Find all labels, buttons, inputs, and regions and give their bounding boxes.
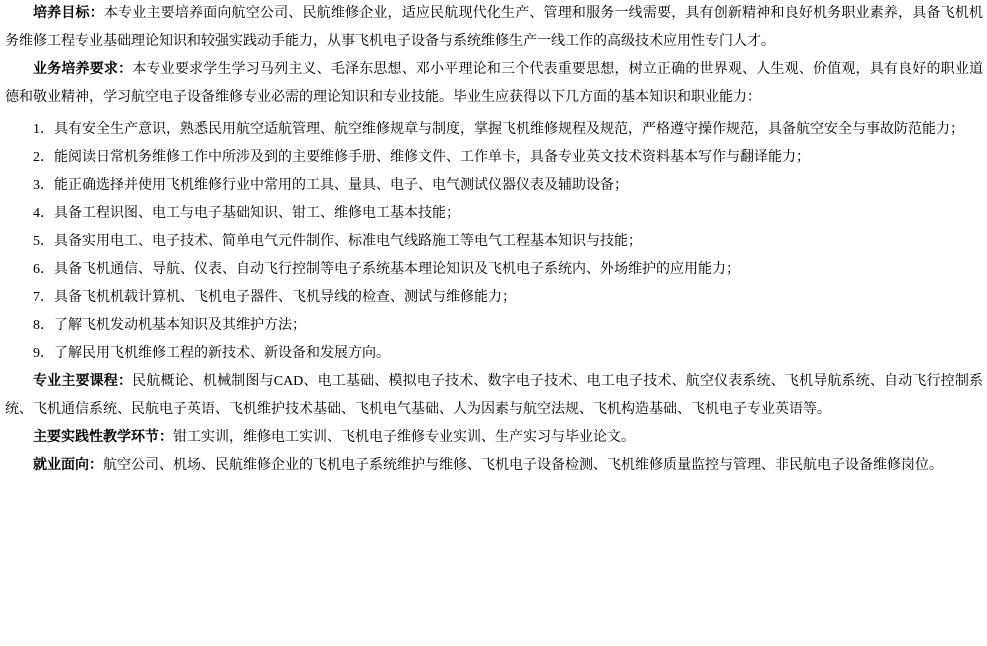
requirement-item-6: 6．具备飞机通信、导航、仪表、自动飞行控制等电子系统基本理论知识及飞机电子系统内… [5,256,983,284]
requirement-item-5: 5．具备实用电工、电子技术、简单电气元件制作、标准电气线路施工等电气工程基本知识… [5,228,983,256]
practice-text: 钳工实训，维修电工实训、飞机电子维修专业实训、生产实习与毕业论文。 [173,430,635,445]
courses-text: 民航概论、机械制图与CAD、电工基础、模拟电子技术、数字电子技术、电工电子技术、… [5,374,983,417]
requirement-item-4: 4．具备工程识图、电工与电子基础知识、钳工、维修电工基本技能； [5,200,983,228]
requirement-item-1: 1．具有安全生产意识，熟悉民用航空适航管理、航空维修规章与制度，掌握飞机维修规程… [5,116,983,144]
program-description-document: 培养目标：本专业主要培养面向航空公司、民航维修企业，适应民航现代化生产、管理和服… [0,0,987,480]
courses-heading: 专业主要课程： [33,374,132,389]
objective-text: 本专业主要培养面向航空公司、民航维修企业，适应民航现代化生产、管理和服务一线需要… [5,6,983,49]
practice-heading: 主要实践性教学环节： [33,430,173,445]
employment-paragraph: 就业面向：航空公司、机场、民航维修企业的飞机电子系统维护与维修、飞机电子设备检测… [5,452,983,480]
requirements-list: 1．具有安全生产意识，熟悉民用航空适航管理、航空维修规章与制度，掌握飞机维修规程… [5,116,983,368]
objective-heading: 培养目标： [33,6,104,21]
employment-heading: 就业面向： [33,458,103,473]
requirements-text: 本专业要求学生学习马列主义、毛泽东思想、邓小平理论和三个代表重要思想，树立正确的… [5,62,983,105]
requirement-item-7: 7．具备飞机机载计算机、飞机电子器件、飞机导线的检查、测试与维修能力； [5,284,983,312]
objective-paragraph: 培养目标：本专业主要培养面向航空公司、民航维修企业，适应民航现代化生产、管理和服… [5,0,983,56]
requirements-heading: 业务培养要求： [33,62,132,77]
requirement-item-9: 9．了解民用飞机维修工程的新技术、新设备和发展方向。 [5,340,983,368]
courses-paragraph: 专业主要课程：民航概论、机械制图与CAD、电工基础、模拟电子技术、数字电子技术、… [5,368,983,424]
requirement-item-3: 3．能正确选择并使用飞机维修行业中常用的工具、量具、电子、电气测试仪器仪表及辅助… [5,172,983,200]
requirement-item-8: 8．了解飞机发动机基本知识及其维护方法； [5,312,983,340]
practice-paragraph: 主要实践性教学环节：钳工实训，维修电工实训、飞机电子维修专业实训、生产实习与毕业… [5,424,983,452]
requirement-item-2: 2．能阅读日常机务维修工作中所涉及到的主要维修手册、维修文件、工作单卡，具备专业… [5,144,983,172]
employment-text: 航空公司、机场、民航维修企业的飞机电子系统维护与维修、飞机电子设备检测、飞机维修… [103,458,943,473]
requirements-paragraph: 业务培养要求：本专业要求学生学习马列主义、毛泽东思想、邓小平理论和三个代表重要思… [5,56,983,112]
